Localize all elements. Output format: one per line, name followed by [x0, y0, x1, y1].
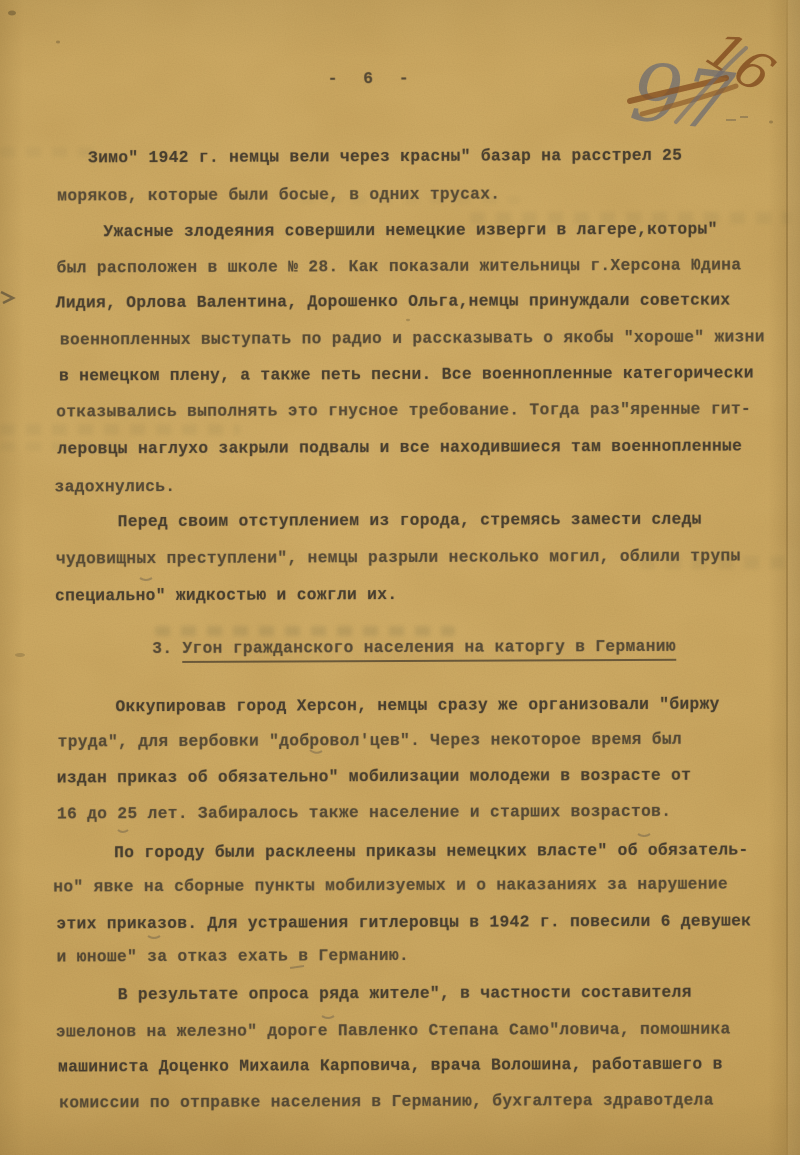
typewritten-text-block: - 6 - Зимо" 1942 г. немцы вели через кра… — [0, 0, 800, 1155]
typewritten-line: но" явке на сборные пункты мобилизуемых … — [53, 876, 728, 898]
page-edge-strip — [788, 0, 800, 1155]
typewritten-line: издан приказ об обязательно" мобилизации… — [57, 767, 692, 789]
section-heading-title: Угон гражданского населения на каторгу в… — [182, 637, 676, 663]
typewritten-line: Зимо" 1942 г. немцы вели через красны" б… — [88, 147, 682, 168]
typewritten-line: труда", для вербовки "добровол'цев". Чер… — [58, 731, 682, 752]
typewritten-line: отказывались выполнять это гнусное требо… — [56, 400, 751, 422]
typewritten-line: машиниста Доценко Михаила Карповича, вра… — [58, 1056, 723, 1078]
typewritten-line: задохнулись. — [54, 478, 175, 497]
page-number: - 6 - — [328, 70, 417, 89]
typewritten-line: 16 до 25 лет. Забиралось также население… — [57, 803, 671, 824]
typewritten-line: Лидия, Орлова Валентина, Дорошенко Ольга… — [56, 292, 731, 314]
typewritten-line: в немецком плену, а также петь песни. Вс… — [59, 364, 754, 386]
typewritten-line: Ужасные злодеяния совершили немецкие изв… — [103, 221, 717, 242]
typewritten-line: В результате опроса ряда жителе", в част… — [118, 984, 692, 1005]
typewritten-line: По городу были расклеены приказы немецки… — [114, 841, 749, 863]
typewritten-line: комиссии по отправке населения в Германи… — [59, 1092, 714, 1114]
typewritten-line: леровцы наглухо закрыли подвалы и все на… — [57, 438, 742, 460]
typewritten-line: чудовищных преступлени", немцы разрыли н… — [56, 548, 741, 570]
typewritten-line: этих приказов. Для устрашения гитлеровцы… — [56, 912, 751, 934]
section-heading: 3. Угон гражданского населения на каторг… — [152, 638, 676, 659]
typewritten-line: эшелонов на железно" дороге Павленко Сте… — [56, 1021, 731, 1043]
typewritten-line: и юноше" за отказ ехать в Германию. — [57, 947, 410, 967]
section-heading-number: 3. — [152, 639, 182, 658]
typewritten-line: Перед своим отступлением из города, стре… — [118, 511, 702, 532]
typewritten-line: моряков, которые были босые, в одних тру… — [57, 186, 500, 207]
typewritten-line: Оккупировав город Херсон, немцы сразу же… — [115, 696, 719, 717]
typewritten-line: специально" жидкостью и сожгли их. — [55, 586, 397, 606]
typewritten-line: военнопленных выступать по радио и расск… — [60, 328, 765, 350]
document-page: - 6 - Зимо" 1942 г. немцы вели через кра… — [0, 0, 800, 1155]
typewritten-line: был расположен в школе № 28. Как показал… — [57, 257, 742, 279]
